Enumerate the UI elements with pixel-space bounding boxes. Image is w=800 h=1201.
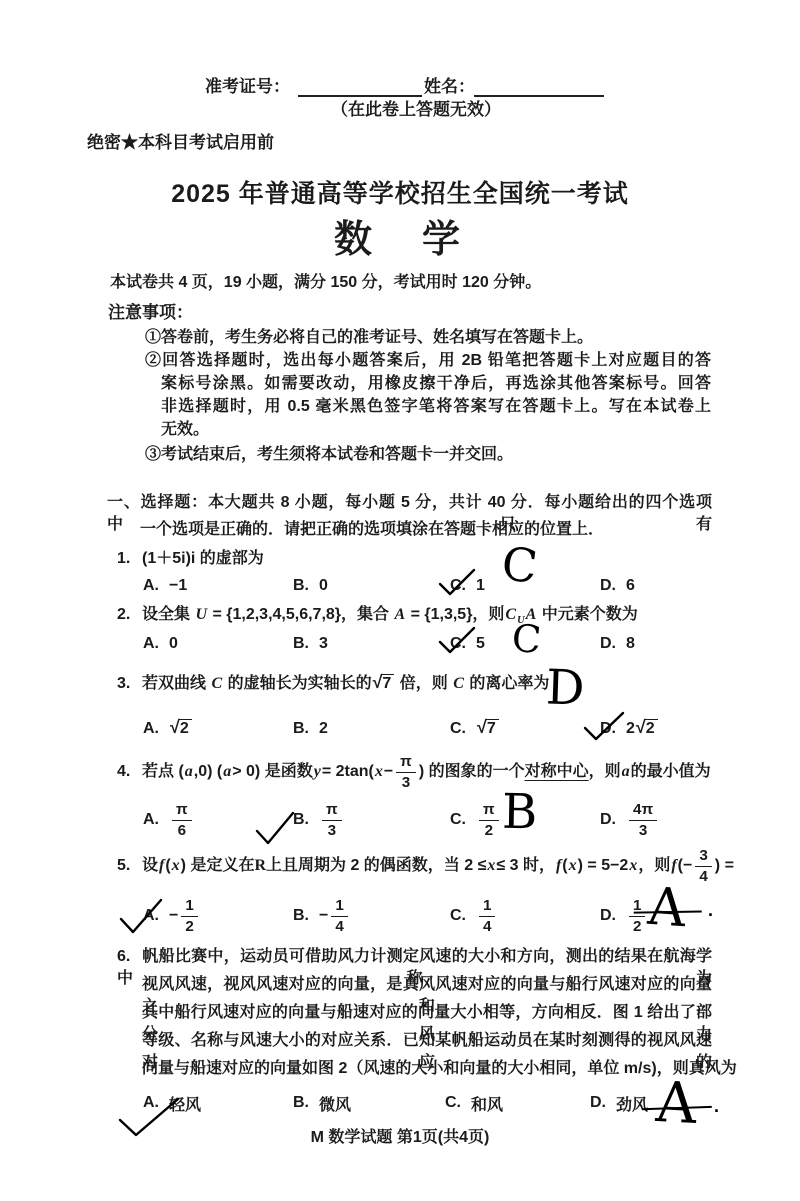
question-3-number: 3. [117, 673, 142, 695]
option-letter: D. [600, 811, 616, 829]
checkmark-q4-option-b-icon [254, 810, 296, 846]
handwritten-answer-q3: D [545, 663, 585, 712]
question-1-options: A.−1 B.0 C.1 D.6 [0, 573, 800, 599]
option-letter: C. [450, 811, 466, 829]
checkmark-q5-option-a-icon [118, 897, 164, 935]
question-5: 5.设 f(x) 是定义在 R 上且周期为 2 的偶函数，当 2 ≤ x ≤ 3… [117, 846, 734, 886]
question-3-option-c: C.√7 [450, 712, 500, 746]
question-2-option-b: B.3 [293, 631, 328, 657]
question-4-option-d: D.4π3 [600, 798, 660, 842]
option-value: 劲风 [616, 1092, 648, 1115]
question-2-stem: 设全集 U = {1,2,3,4,5,6,7,8}，集合 A = {1,3,5}… [142, 606, 638, 623]
question-6-option-d: D.劲风 [590, 1090, 648, 1116]
option-value: 1 [476, 577, 485, 595]
option-letter: A. [143, 577, 159, 595]
question-1-option-b: B.0 [293, 573, 328, 599]
option-value: 2√2 [626, 719, 659, 738]
option-letter: D. [600, 577, 616, 595]
option-letter: A. [143, 811, 159, 829]
handwritten-answer-q4: B [502, 788, 538, 837]
handwritten-answer-q6-letter: A [654, 1070, 698, 1137]
option-value: 12 [626, 898, 648, 935]
option-value: −1 [169, 577, 187, 595]
option-value: 8 [626, 635, 635, 653]
option-letter: A. [143, 635, 159, 653]
checkmark-q6-option-a-icon [116, 1094, 182, 1138]
question-3-option-a: A.√2 [143, 712, 193, 746]
note-3: ③考试结束后，考生须将本试卷和答题卡一并交回。 [145, 444, 513, 466]
question-3-options: A.√2 B.2 C.√7 D.2√2 [0, 712, 800, 746]
option-value: 0 [319, 577, 328, 595]
option-letter: B. [293, 907, 309, 925]
handwritten-answer-q2: C [510, 619, 542, 659]
option-letter: B. [293, 720, 309, 738]
question-4-option-c: C.π2 [450, 798, 502, 842]
question-1-option-a: A.−1 [143, 573, 187, 599]
option-value: 2 [319, 720, 328, 738]
option-value: 14 [476, 898, 498, 935]
notes-heading: 注意事项： [108, 302, 193, 324]
question-3: 3.若双曲线 C 的虚轴长为实轴长的√7 倍，则 C 的离心率为 [117, 669, 549, 699]
question-4-stem: 若点 (a,0) (a > 0) 是函数 y = 2tan(x − π3) 的图… [142, 754, 711, 791]
option-value: 3 [319, 635, 328, 653]
note-1: ①答卷前，考生务必将自己的准考证号、姓名填写在答题卡上。 [145, 327, 593, 349]
question-3-option-b: B.2 [293, 712, 328, 746]
exam-paper-page: 准考证号： 姓名： （在此卷上答题无效） 绝密★本科目考试启用前 2025 年普… [0, 0, 800, 1201]
option-letter: D. [600, 635, 616, 653]
option-value: π6 [169, 802, 195, 839]
question-5-stem: 设 f(x) 是定义在 R 上且周期为 2 的偶函数，当 2 ≤ x ≤ 3 时… [142, 848, 734, 885]
handwritten-answer-q5: A [646, 881, 687, 935]
paper-meta: 本试卷共 4 页，19 小题，满分 150 分，考试用时 120 分钟。 [110, 272, 541, 294]
handwritten-dot-q6: . [714, 1096, 719, 1117]
option-value: −12 [169, 898, 201, 935]
option-letter: B. [293, 1094, 309, 1112]
answer-invalid-note: （在此卷上答题无效） [331, 99, 501, 121]
question-5-option-c: C.14 [450, 894, 498, 938]
name-label: 姓名： [424, 76, 475, 98]
option-letter: D. [590, 1094, 606, 1112]
secrecy-notice: 绝密★本科目考试启用前 [87, 132, 274, 154]
handwritten-answer-q5-letter: A [646, 877, 688, 939]
option-value: 6 [626, 577, 635, 595]
option-value: 微风 [319, 1092, 351, 1115]
question-2-options: A.0 B.3 C.5 D.8 [0, 631, 800, 657]
question-4-option-b: B.π3 [293, 798, 345, 842]
option-letter: A. [143, 720, 159, 738]
option-letter: B. [293, 635, 309, 653]
question-4-option-a: A.π6 [143, 798, 195, 842]
question-1-number: 1. [117, 548, 142, 570]
option-value: 5 [476, 635, 485, 653]
note-2-line-4: 无效。 [161, 419, 209, 441]
option-letter: C. [450, 720, 466, 738]
question-4-options: A.π6 B.π3 C.π2 D.4π3 [0, 798, 800, 842]
question-5-option-d: D.12 [600, 894, 648, 938]
option-value: π2 [476, 802, 502, 839]
question-1-option-d: D.6 [600, 573, 635, 599]
option-value: π3 [319, 802, 345, 839]
admission-number-blank [298, 76, 422, 97]
question-2: 2.设全集 U = {1,2,3,4,5,6,7,8}，集合 A = {1,3,… [117, 604, 638, 632]
option-letter: C. [450, 907, 466, 925]
option-value: √7 [476, 719, 500, 738]
option-value: 0 [169, 635, 178, 653]
option-value: 和风 [471, 1092, 503, 1115]
admission-number-label: 准考证号： [205, 76, 290, 98]
option-value: 4π3 [626, 802, 660, 839]
handwritten-answer-q1: C [499, 540, 540, 590]
name-blank [474, 76, 604, 97]
question-6-number: 6. [117, 946, 142, 968]
question-1: 1.(1＋5i)i 的虚部为 [117, 548, 264, 570]
option-value: √2 [169, 719, 193, 738]
option-letter: D. [600, 907, 616, 925]
note-2-line-2: 案标号涂黑。如需要改动，用橡皮擦干净后，再选涂其他答案标号。回答 [161, 373, 711, 395]
exam-title: 2025 年普通高等学校招生全国统一考试 [0, 174, 800, 210]
note-2-line-1: ②回答选择题时，选出每小题答案后，用 2B 铅笔把答题卡上对应题目的答 [145, 350, 711, 372]
question-6-option-b: B.微风 [293, 1090, 351, 1116]
question-3-stem: 若双曲线 C 的虚轴长为实轴长的√7 倍，则 C 的离心率为 [142, 673, 549, 695]
option-letter: C. [445, 1094, 461, 1112]
question-2-option-a: A.0 [143, 631, 178, 657]
question-4-number: 4. [117, 761, 142, 783]
handwritten-dot-q5: . [708, 900, 713, 921]
question-5-number: 5. [117, 855, 142, 877]
question-6-stem-line-5: 向量与船速对应的向量如图 2（风速的大小和向量的大小相同，单位 m/s)，则真风… [142, 1058, 737, 1080]
question-4: 4.若点 (a,0) (a > 0) 是函数 y = 2tan(x − π3) … [117, 752, 711, 792]
option-letter: B. [293, 577, 309, 595]
checkmark-q3-option-d-icon [582, 710, 626, 742]
handwritten-answer-q6: A [655, 1075, 698, 1133]
note-2-line-3: 非选择题时，用 0.5 毫米黑色签字笔将答案写在答题卡上。写在本试卷上 [161, 396, 711, 418]
question-5-option-b: B.−14 [293, 894, 351, 938]
question-6-option-c: C.和风 [445, 1090, 503, 1116]
question-2-option-d: D.8 [600, 631, 635, 657]
section-1-heading-line-2: 一个选项是正确的．请把正确的选项填涂在答题卡相应的位置上． [140, 519, 604, 541]
question-2-number: 2. [117, 604, 142, 626]
checkmark-q2-option-c-icon [437, 625, 477, 655]
subject-title: 数 学 [0, 208, 800, 263]
checkmark-q1-option-c-icon [437, 567, 477, 597]
option-value: −14 [319, 898, 351, 935]
question-1-stem: (1＋5i)i 的虚部为 [142, 550, 264, 567]
